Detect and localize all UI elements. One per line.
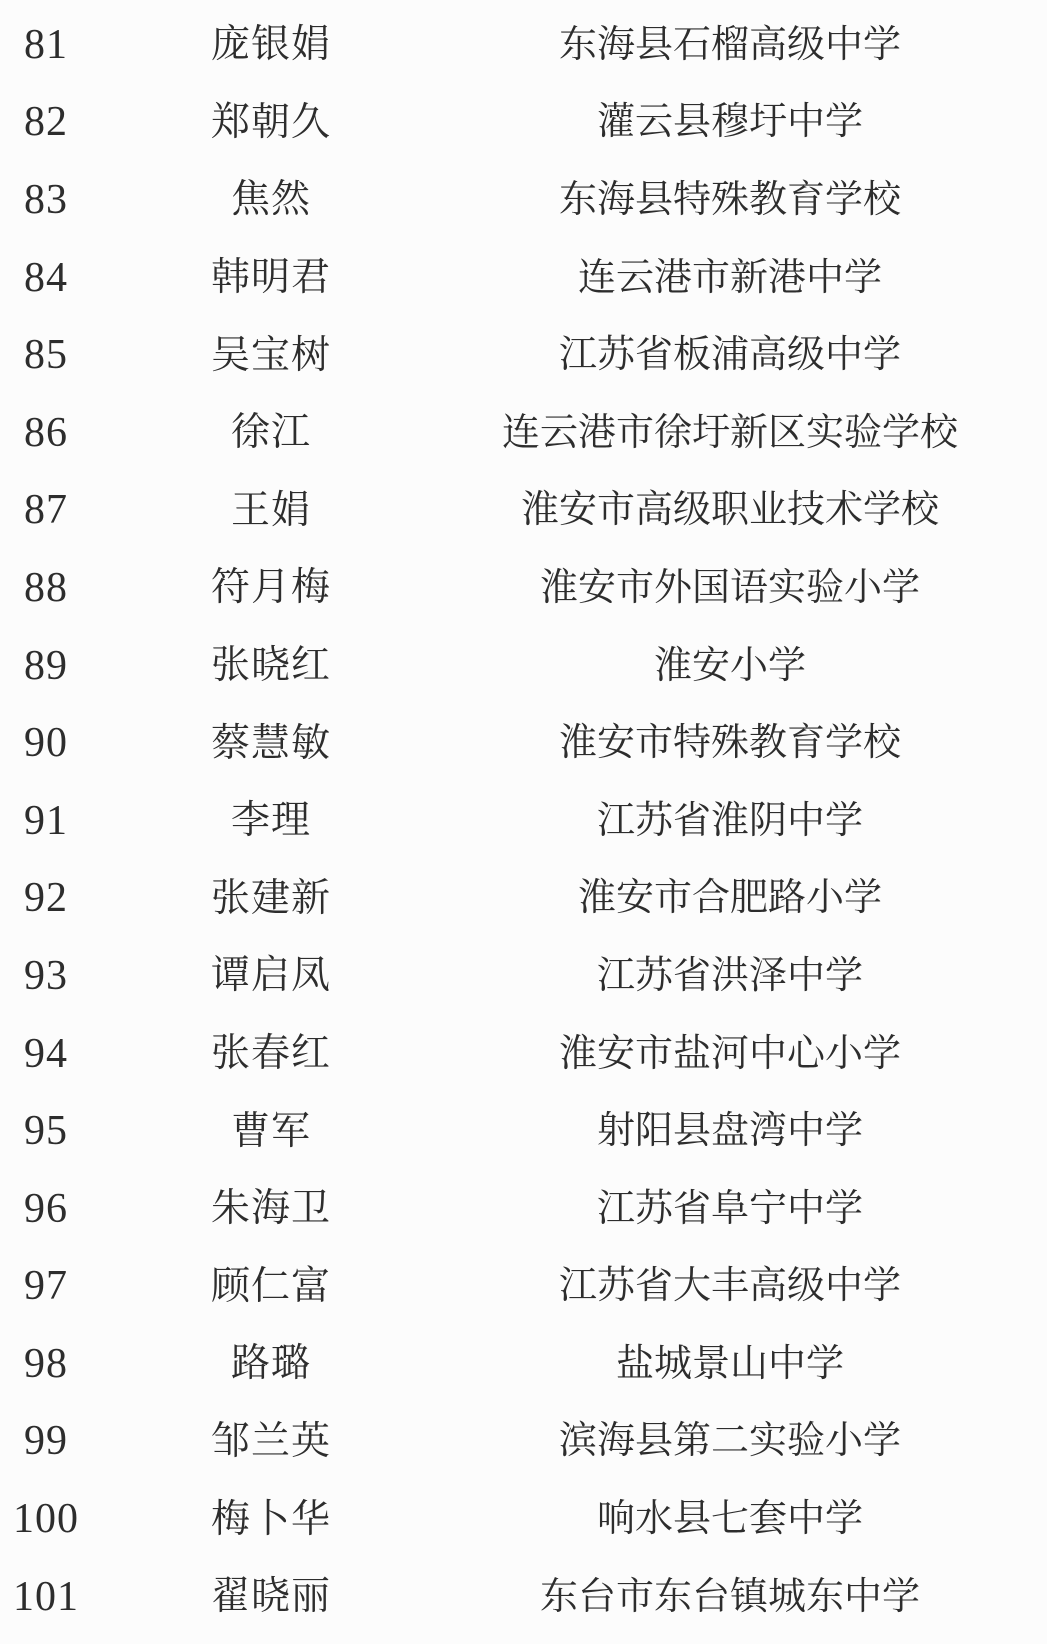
school-name: 射阳县盘湾中学 [450,1112,1010,1150]
teacher-name: 韩明君 [92,258,450,297]
row-number: 89 [0,645,92,687]
table-row: 88 符月梅 淮安市外国语实验小学 [0,549,1047,627]
row-number: 91 [0,800,92,842]
teacher-name: 谭启凤 [92,956,450,995]
school-name: 江苏省大丰高级中学 [450,1267,1010,1305]
teacher-name: 徐江 [92,413,450,452]
row-number: 93 [0,955,92,997]
row-number: 84 [0,257,92,299]
table-row: 92 张建新 淮安市合肥路小学 [0,860,1047,938]
school-name: 淮安市合肥路小学 [450,879,1010,917]
table-row: 83 焦然 东海县特殊教育学校 [0,161,1047,239]
table-row: 94 张春红 淮安市盐河中心小学 [0,1015,1047,1093]
school-name: 东台市东台镇城东中学 [450,1578,1010,1616]
teacher-name: 翟晓丽 [92,1577,450,1616]
teacher-name: 焦然 [92,180,450,219]
row-number: 100 [0,1498,92,1540]
school-name: 江苏省淮阴中学 [450,802,1010,840]
row-number: 90 [0,722,92,764]
school-name: 淮安市外国语实验小学 [450,569,1010,607]
school-name: 响水县七套中学 [450,1500,1010,1538]
table-row: 95 曹军 射阳县盘湾中学 [0,1092,1047,1170]
table-row: 87 王娟 淮安市高级职业技术学校 [0,472,1047,550]
school-name: 淮安小学 [450,647,1010,685]
teacher-name: 顾仁富 [92,1267,450,1306]
school-name: 盐城景山中学 [450,1345,1010,1383]
roster-list: 81 庞银娟 东海县石榴高级中学 82 郑朝久 灌云县穆圩中学 83 焦然 东海… [0,0,1047,1635]
row-number: 94 [0,1033,92,1075]
row-number: 97 [0,1265,92,1307]
table-row: 101 翟晓丽 东台市东台镇城东中学 [0,1558,1047,1636]
teacher-name: 梅卜华 [92,1500,450,1539]
school-name: 连云港市新港中学 [450,259,1010,297]
table-row: 93 谭启凤 江苏省洪泽中学 [0,937,1047,1015]
teacher-name: 蔡慧敏 [92,724,450,763]
teacher-name: 吴宝树 [92,336,450,375]
table-row: 85 吴宝树 江苏省板浦高级中学 [0,316,1047,394]
table-row: 84 韩明君 连云港市新港中学 [0,239,1047,317]
table-row: 91 李理 江苏省淮阴中学 [0,782,1047,860]
row-number: 98 [0,1343,92,1385]
school-name: 淮安市盐河中心小学 [450,1035,1010,1073]
teacher-name: 张晓红 [92,646,450,685]
table-row: 90 蔡慧敏 淮安市特殊教育学校 [0,704,1047,782]
row-number: 81 [0,24,92,66]
table-row: 82 郑朝久 灌云县穆圩中学 [0,84,1047,162]
row-number: 92 [0,877,92,919]
row-number: 85 [0,334,92,376]
school-name: 滨海县第二实验小学 [450,1422,1010,1460]
school-name: 淮安市特殊教育学校 [450,724,1010,762]
school-name: 江苏省洪泽中学 [450,957,1010,995]
table-row: 99 邹兰英 滨海县第二实验小学 [0,1403,1047,1481]
table-row: 89 张晓红 淮安小学 [0,627,1047,705]
school-name: 东海县特殊教育学校 [450,181,1010,219]
row-number: 96 [0,1188,92,1230]
teacher-name: 符月梅 [92,568,450,607]
teacher-name: 王娟 [92,491,450,530]
table-row: 96 朱海卫 江苏省阜宁中学 [0,1170,1047,1248]
row-number: 83 [0,179,92,221]
teacher-name: 张春红 [92,1034,450,1073]
table-row: 98 路璐 盐城景山中学 [0,1325,1047,1403]
school-name: 江苏省阜宁中学 [450,1190,1010,1228]
school-name: 淮安市高级职业技术学校 [450,491,1010,529]
row-number: 88 [0,567,92,609]
row-number: 87 [0,489,92,531]
school-name: 江苏省板浦高级中学 [450,336,1010,374]
table-row: 86 徐江 连云港市徐圩新区实验学校 [0,394,1047,472]
teacher-name: 张建新 [92,879,450,918]
table-row: 100 梅卜华 响水县七套中学 [0,1480,1047,1558]
row-number: 95 [0,1110,92,1152]
teacher-name: 李理 [92,801,450,840]
teacher-name: 邹兰英 [92,1422,450,1461]
teacher-name: 曹军 [92,1112,450,1151]
table-row: 81 庞银娟 东海县石榴高级中学 [0,6,1047,84]
row-number: 99 [0,1420,92,1462]
row-number: 86 [0,412,92,454]
school-name: 东海县石榴高级中学 [450,26,1010,64]
teacher-name: 路璐 [92,1344,450,1383]
teacher-name: 郑朝久 [92,103,450,142]
row-number: 101 [0,1576,92,1618]
teacher-name: 庞银娟 [92,25,450,64]
school-name: 灌云县穆圩中学 [450,103,1010,141]
school-name: 连云港市徐圩新区实验学校 [450,414,1010,452]
row-number: 82 [0,101,92,143]
table-row: 97 顾仁富 江苏省大丰高级中学 [0,1248,1047,1326]
teacher-name: 朱海卫 [92,1189,450,1228]
